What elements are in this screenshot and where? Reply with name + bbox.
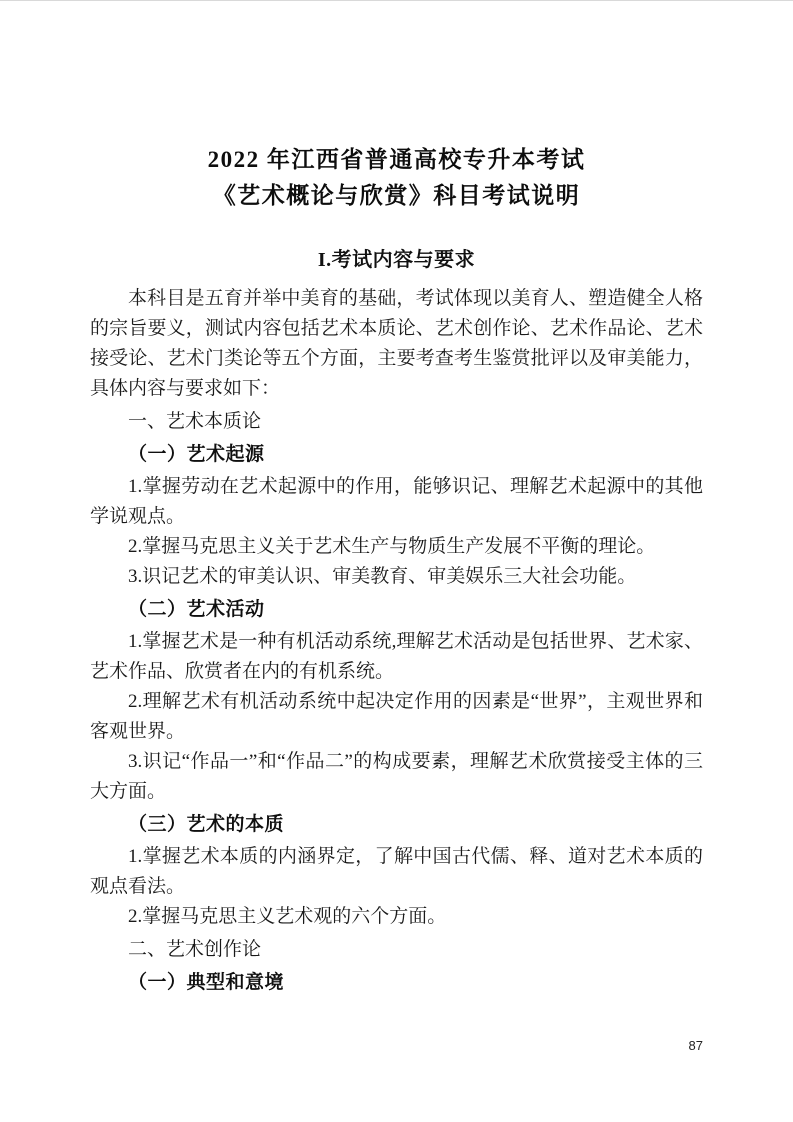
content-item: 1.掌握劳动在艺术起源中的作用，能够识记、理解艺术起源中的其他学说观点。: [90, 472, 703, 532]
sub-section-heading: （三）艺术的本质: [90, 810, 703, 840]
intro-paragraph: 本科目是五育并举中美育的基础，考试体现以美育人、塑造健全人格的宗旨要义，测试内容…: [90, 284, 703, 404]
content-item: 3.识记“作品一”和“作品二”的构成要素，理解艺术欣赏接受主体的三大方面。: [90, 747, 703, 807]
document-page: 2022 年江西省普通高校专升本考试 《艺术概论与欣赏》科目考试说明 I.考试内…: [0, 0, 793, 1122]
content-item: 3.识记艺术的审美认识、审美教育、审美娱乐三大社会功能。: [90, 562, 703, 592]
sub-section-heading: （一）典型和意境: [90, 968, 703, 998]
content-item: 2.掌握马克思主义艺术观的六个方面。: [90, 902, 703, 932]
body-text: 本科目是五育并举中美育的基础，考试体现以美育人、塑造健全人格的宗旨要义，测试内容…: [90, 284, 703, 998]
part-heading: I.考试内容与要求: [90, 245, 703, 275]
document-title-line-2: 《艺术概论与欣赏》科目考试说明: [90, 178, 703, 214]
sub-section-heading: （一）艺术起源: [90, 440, 703, 470]
section-heading: 一、艺术本质论: [90, 407, 703, 437]
document-title: 2022 年江西省普通高校专升本考试 《艺术概论与欣赏》科目考试说明: [90, 142, 703, 214]
sub-section-heading: （二）艺术活动: [90, 595, 703, 625]
page-number: 87: [689, 1039, 703, 1053]
content-item: 1.掌握艺术是一种有机活动系统,理解艺术活动是包括世界、艺术家、艺术作品、欣赏者…: [90, 627, 703, 687]
document-title-line-1: 2022 年江西省普通高校专升本考试: [90, 142, 703, 178]
page-content: 2022 年江西省普通高校专升本考试 《艺术概论与欣赏》科目考试说明 I.考试内…: [90, 1, 703, 1000]
content-item: 2.理解艺术有机活动系统中起决定作用的因素是“世界”，主观世界和客观世界。: [90, 687, 703, 747]
content-item: 1.掌握艺术本质的内涵界定，了解中国古代儒、释、道对艺术本质的观点看法。: [90, 842, 703, 902]
content-item: 2.掌握马克思主义关于艺术生产与物质生产发展不平衡的理论。: [90, 532, 703, 562]
section-heading: 二、艺术创作论: [90, 935, 703, 965]
